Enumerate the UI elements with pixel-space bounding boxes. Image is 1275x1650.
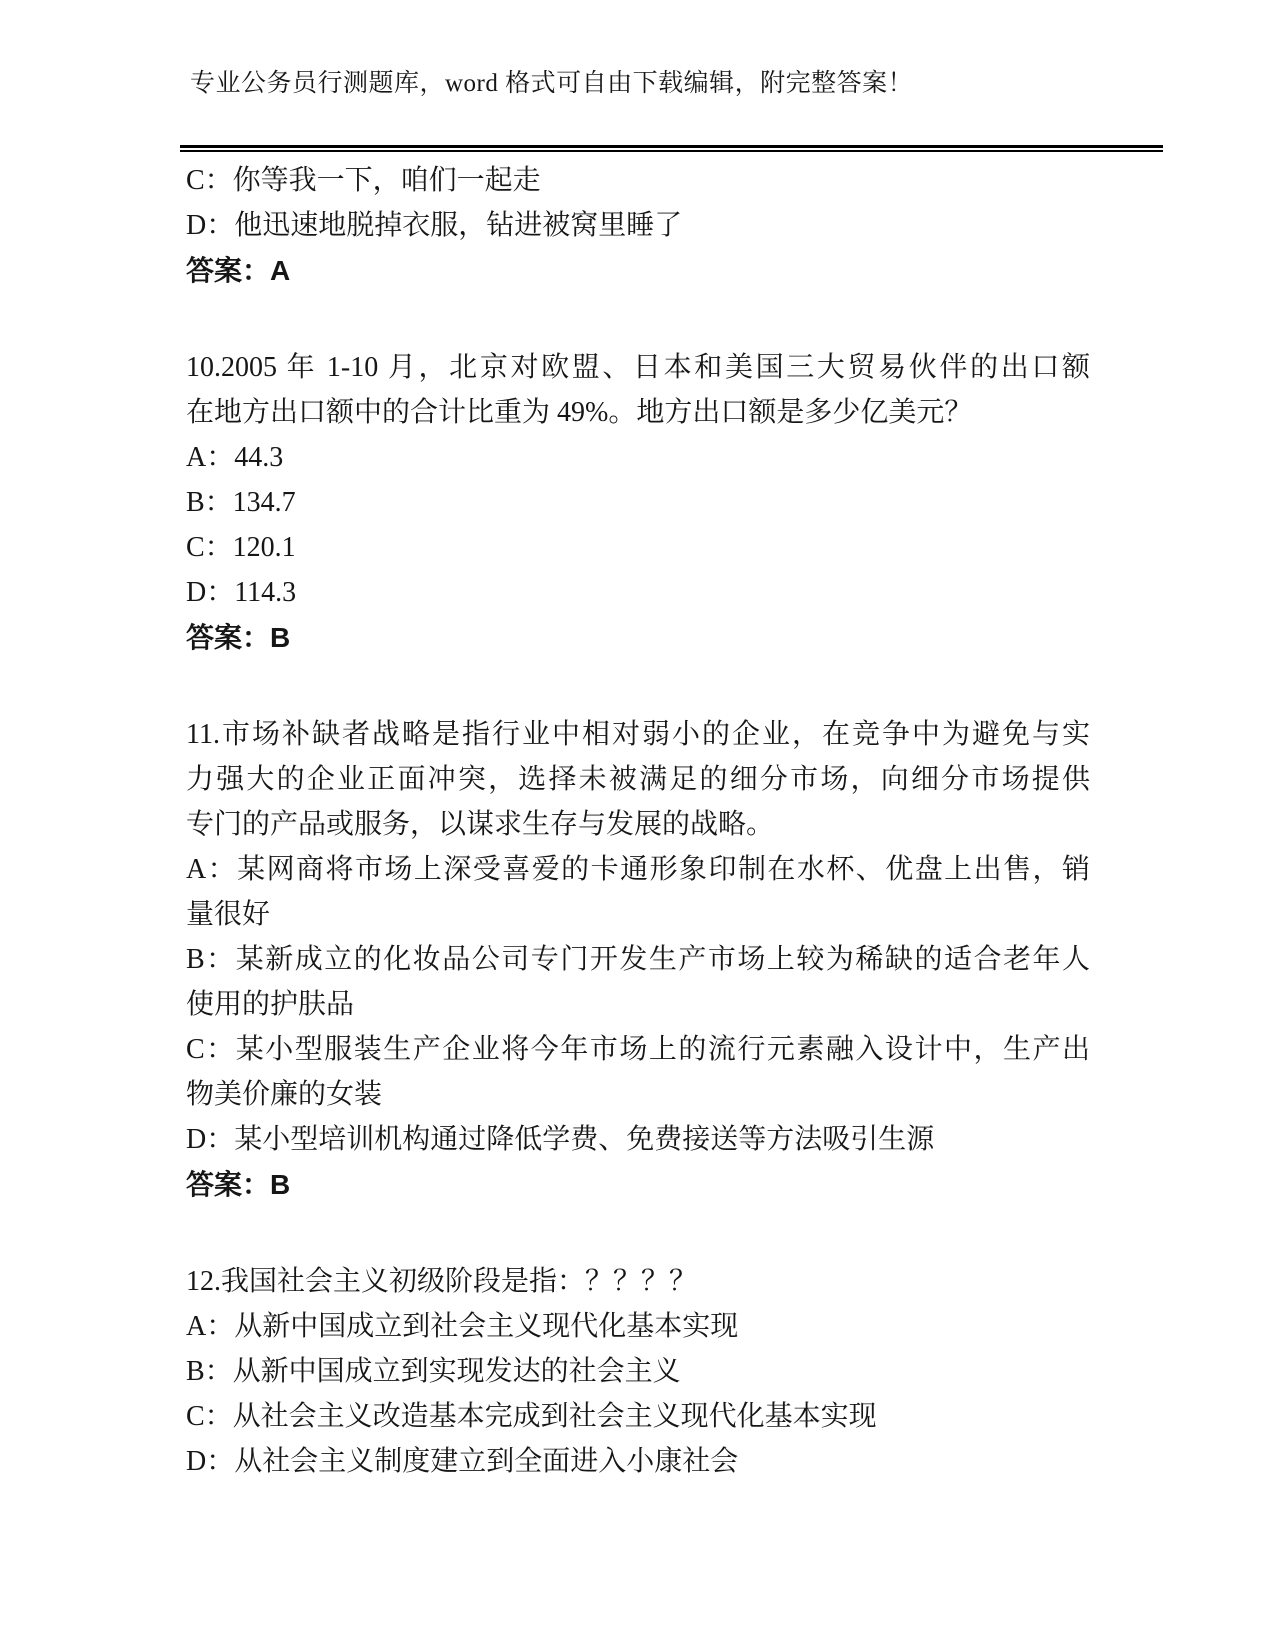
- q10-option-d: D：114.3: [186, 570, 1090, 615]
- q10-option-a: A：44.3: [186, 435, 1090, 480]
- question-12: 12.我国社会主义初级阶段是指：？？？？ A：从新中国成立到社会主义现代化基本实…: [186, 1259, 1090, 1484]
- q9-answer: 答案：A: [186, 248, 1090, 293]
- q11-stem-line3: 专门的产品或服务，以谋求生存与发展的战略。: [186, 802, 1090, 847]
- q11-option-b-line2: 使用的护肤品: [186, 982, 1090, 1027]
- q10-stem-line1: 10.2005 年 1-10 月，北京对欧盟、日本和美国三大贸易伙伴的出口额: [186, 345, 1090, 390]
- q11-option-b-line1: B：某新成立的化妆品公司专门开发生产市场上较为稀缺的适合老年人: [186, 937, 1090, 982]
- q12-option-a: A：从新中国成立到社会主义现代化基本实现: [186, 1304, 1090, 1349]
- q11-option-d: D：某小型培训机构通过降低学费、免费接送等方法吸引生源: [186, 1117, 1090, 1162]
- q12-stem: 12.我国社会主义初级阶段是指：？？？？: [186, 1259, 1090, 1304]
- document-page: 专业公务员行测题库，word 格式可自由下载编辑，附完整答案！ C：你等我一下，…: [0, 0, 1275, 1650]
- q11-answer: 答案：B: [186, 1162, 1090, 1207]
- q11-stem-line2: 力强大的企业正面冲突，选择未被满足的细分市场，向细分市场提供: [186, 757, 1090, 802]
- q12-option-b: B：从新中国成立到实现发达的社会主义: [186, 1349, 1090, 1394]
- q9-option-d: D：他迅速地脱掉衣服，钻进被窝里睡了: [186, 203, 1090, 248]
- header-double-rule: [180, 145, 1163, 152]
- q10-option-c: C：120.1: [186, 525, 1090, 570]
- q11-option-a-line1: A：某网商将市场上深受喜爱的卡通形象印制在水杯、优盘上出售，销: [186, 847, 1090, 892]
- q9-option-c: C：你等我一下，咱们一起走: [186, 158, 1090, 203]
- q10-answer: 答案：B: [186, 615, 1090, 660]
- q12-option-d: D：从社会主义制度建立到全面进入小康社会: [186, 1439, 1090, 1484]
- question-10: 10.2005 年 1-10 月，北京对欧盟、日本和美国三大贸易伙伴的出口额 在…: [186, 345, 1090, 660]
- page-header-text: 专业公务员行测题库，word 格式可自由下载编辑，附完整答案！: [190, 68, 1170, 100]
- question-11: 11.市场补缺者战略是指行业中相对弱小的企业，在竞争中为避免与实 力强大的企业正…: [186, 712, 1090, 1207]
- q11-option-c-line1: C：某小型服装生产企业将今年市场上的流行元素融入设计中，生产出: [186, 1027, 1090, 1072]
- document-body: C：你等我一下，咱们一起走 D：他迅速地脱掉衣服，钻进被窝里睡了 答案：A 10…: [186, 158, 1090, 1484]
- q11-option-c-line2: 物美价廉的女装: [186, 1072, 1090, 1117]
- q12-option-c: C：从社会主义改造基本完成到社会主义现代化基本实现: [186, 1394, 1090, 1439]
- q11-stem-line1: 11.市场补缺者战略是指行业中相对弱小的企业，在竞争中为避免与实: [186, 712, 1090, 757]
- q10-option-b: B：134.7: [186, 480, 1090, 525]
- q11-option-a-line2: 量很好: [186, 892, 1090, 937]
- q10-stem-line2: 在地方出口额中的合计比重为 49%。地方出口额是多少亿美元？: [186, 390, 1090, 435]
- question-9-tail: C：你等我一下，咱们一起走 D：他迅速地脱掉衣服，钻进被窝里睡了 答案：A: [186, 158, 1090, 293]
